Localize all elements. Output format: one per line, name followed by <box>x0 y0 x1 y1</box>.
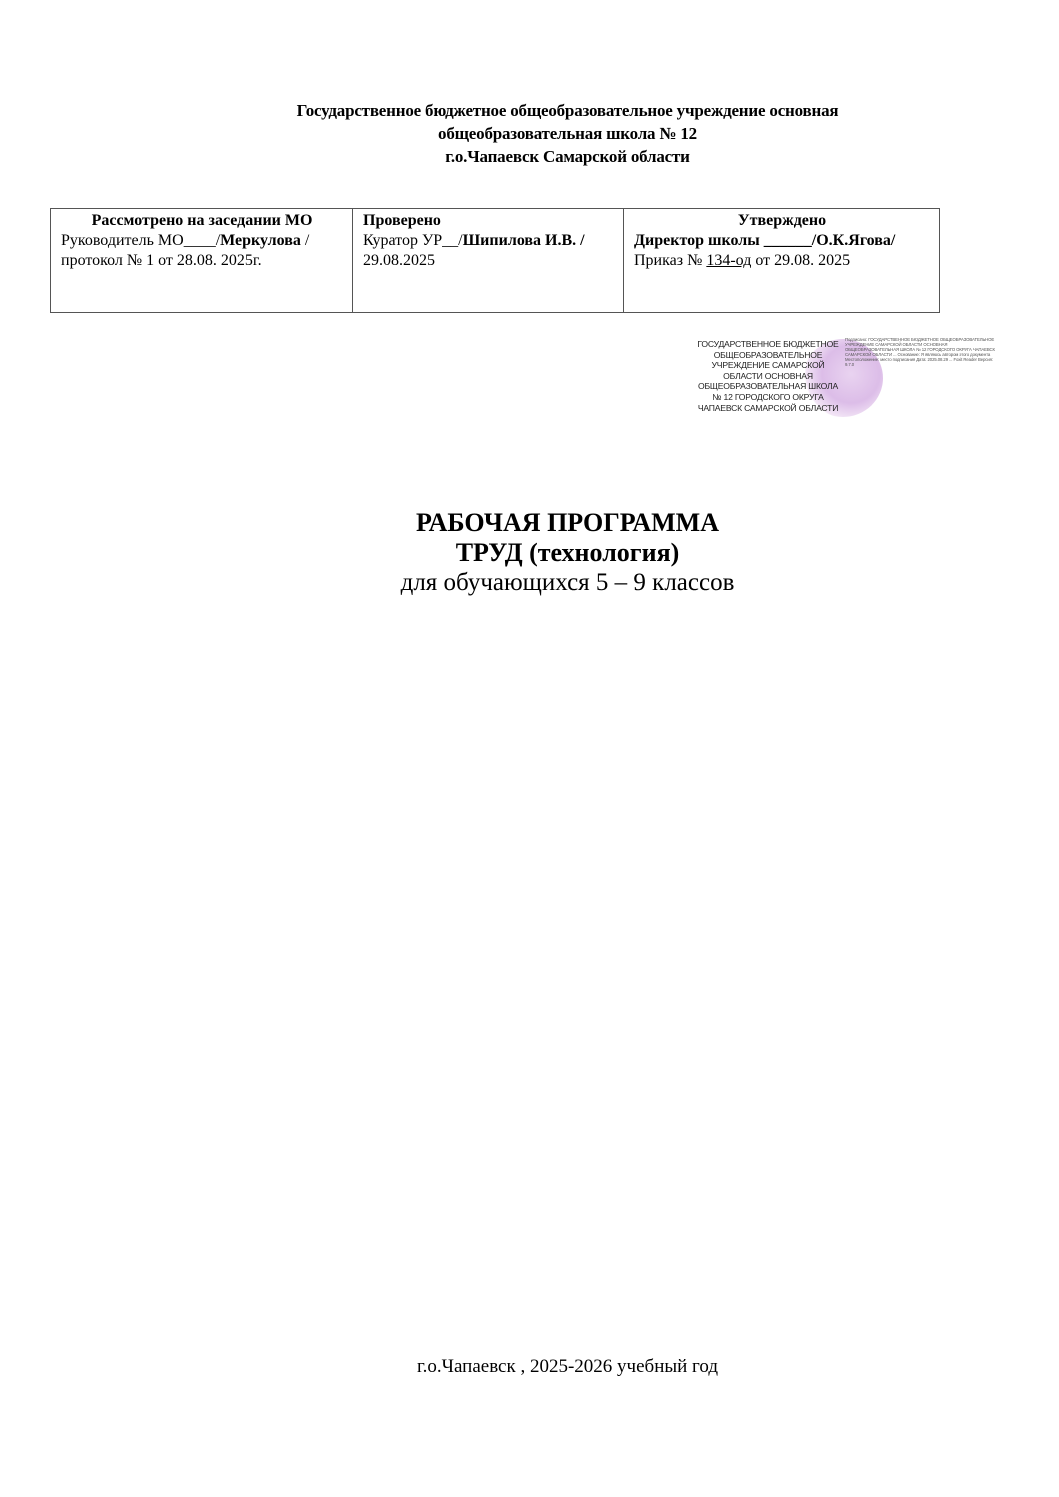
approved-title: Утверждено <box>634 211 930 231</box>
header-line-1: Государственное бюджетное общеобразовате… <box>200 99 935 122</box>
stamp-organization: ГОСУДАРСТВЕННОЕ БЮДЖЕТНОЕ ОБЩЕОБРАЗОВАТЕ… <box>693 339 843 413</box>
considered-protocol: протокол № 1 от 28.08. 2025г. <box>61 251 343 271</box>
stamp-org-line: ОБЩЕОБРАЗОВАТЕЛЬНОЕ <box>693 350 843 361</box>
digital-signature-stamp: ГОСУДАРСТВЕННОЕ БЮДЖЕТНОЕ ОБЩЕОБРАЗОВАТЕ… <box>693 337 1003 419</box>
stamp-org-line: ЧАПАЕВСК САМАРСКОЙ ОБЛАСТИ <box>693 403 843 414</box>
footer-location-year: г.о.Чапаевск , 2025-2026 учебный год <box>200 1355 935 1379</box>
document-title-block: РАБОЧАЯ ПРОГРАММА ТРУД (технология) для … <box>200 508 935 598</box>
stamp-org-line: ГОСУДАРСТВЕННОЕ БЮДЖЕТНОЕ <box>693 339 843 350</box>
approved-order-line: Приказ № 134-од от 29.08. 2025 <box>634 251 930 271</box>
stamp-details: Подписано: ГОСУДАРСТВЕННОЕ БЮДЖЕТНОЕ ОБЩ… <box>845 337 995 421</box>
header-line-2: общеобразовательная школа № 12 <box>200 122 935 145</box>
approved-cell: Утверждено Директор школы ______/О.К.Яго… <box>624 209 940 313</box>
stamp-org-line: № 12 ГОРОДСКОГО ОКРУГА <box>693 392 843 403</box>
considered-role: Руководитель МО____/ <box>61 232 220 249</box>
checked-signature-line: Куратор УР__/Шипилова И.В. / <box>363 231 614 251</box>
approved-director-line: Директор школы ______/О.К.Ягова/ <box>634 231 930 251</box>
grades-subtitle: для обучающихся 5 – 9 классов <box>200 568 935 598</box>
checked-role: Куратор УР__/ <box>363 232 463 249</box>
checked-title: Проверено <box>363 211 614 231</box>
considered-cell: Рассмотрено на заседании МО Руководитель… <box>51 209 353 313</box>
stamp-org-line: ОБЛАСТИ ОСНОВНАЯ <box>693 371 843 382</box>
checked-cell: Проверено Куратор УР__/Шипилова И.В. / 2… <box>353 209 624 313</box>
subject-title: ТРУД (технология) <box>200 538 935 568</box>
stamp-org-line: ОБЩЕОБРАЗОВАТЕЛЬНАЯ ШКОЛА <box>693 381 843 392</box>
checked-date: 29.08.2025 <box>363 251 614 271</box>
stamp-org-line: УЧРЕЖДЕНИЕ САМАРСКОЙ <box>693 360 843 371</box>
considered-suffix: / <box>301 232 309 249</box>
order-prefix: Приказ № <box>634 252 706 269</box>
order-number: 134-од <box>706 252 751 269</box>
header-line-3: г.о.Чапаевск Самарской области <box>200 145 935 168</box>
order-date: от 29.08. 2025 <box>751 252 850 269</box>
approval-table: Рассмотрено на заседании МО Руководитель… <box>50 208 940 313</box>
document-title: РАБОЧАЯ ПРОГРАММА <box>200 508 935 538</box>
considered-signature-line: Руководитель МО____/Меркулова / <box>61 231 343 251</box>
checked-name: Шипилова И.В. / <box>463 232 585 249</box>
considered-name: Меркулова <box>220 232 301 249</box>
school-header: Государственное бюджетное общеобразовате… <box>200 99 935 168</box>
considered-title: Рассмотрено на заседании МО <box>61 211 343 231</box>
